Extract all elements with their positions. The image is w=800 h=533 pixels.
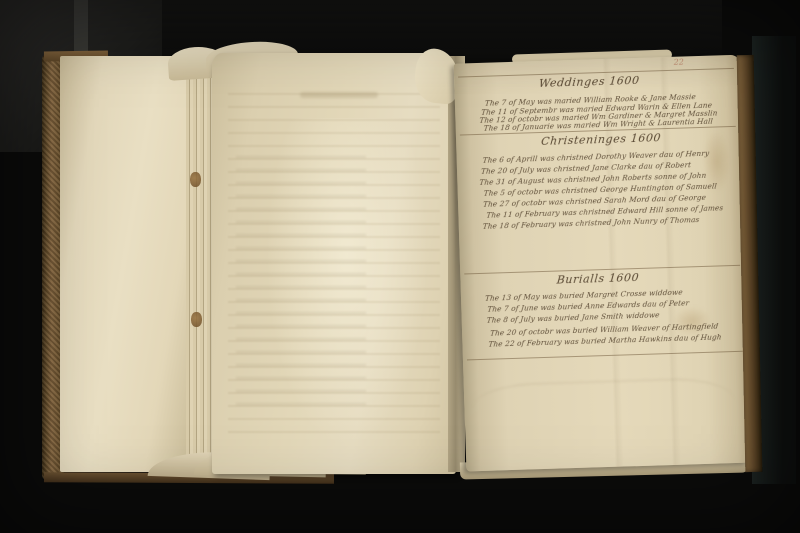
folio-number: 22 [674,57,684,66]
ink-showthrough [236,150,366,410]
tie-remnant-bottom [191,312,202,327]
ink-showthrough-heading [300,92,378,98]
tie-remnant-top [190,172,201,187]
background-light-strip [74,0,88,58]
recto-page: 22 Weddinges 1600 The 7 of May was marie… [454,55,753,472]
photograph-stage: 22 Weddinges 1600 The 7 of May was marie… [0,0,800,533]
page-edge-stack [186,58,214,470]
flyleaf-page [60,56,188,472]
